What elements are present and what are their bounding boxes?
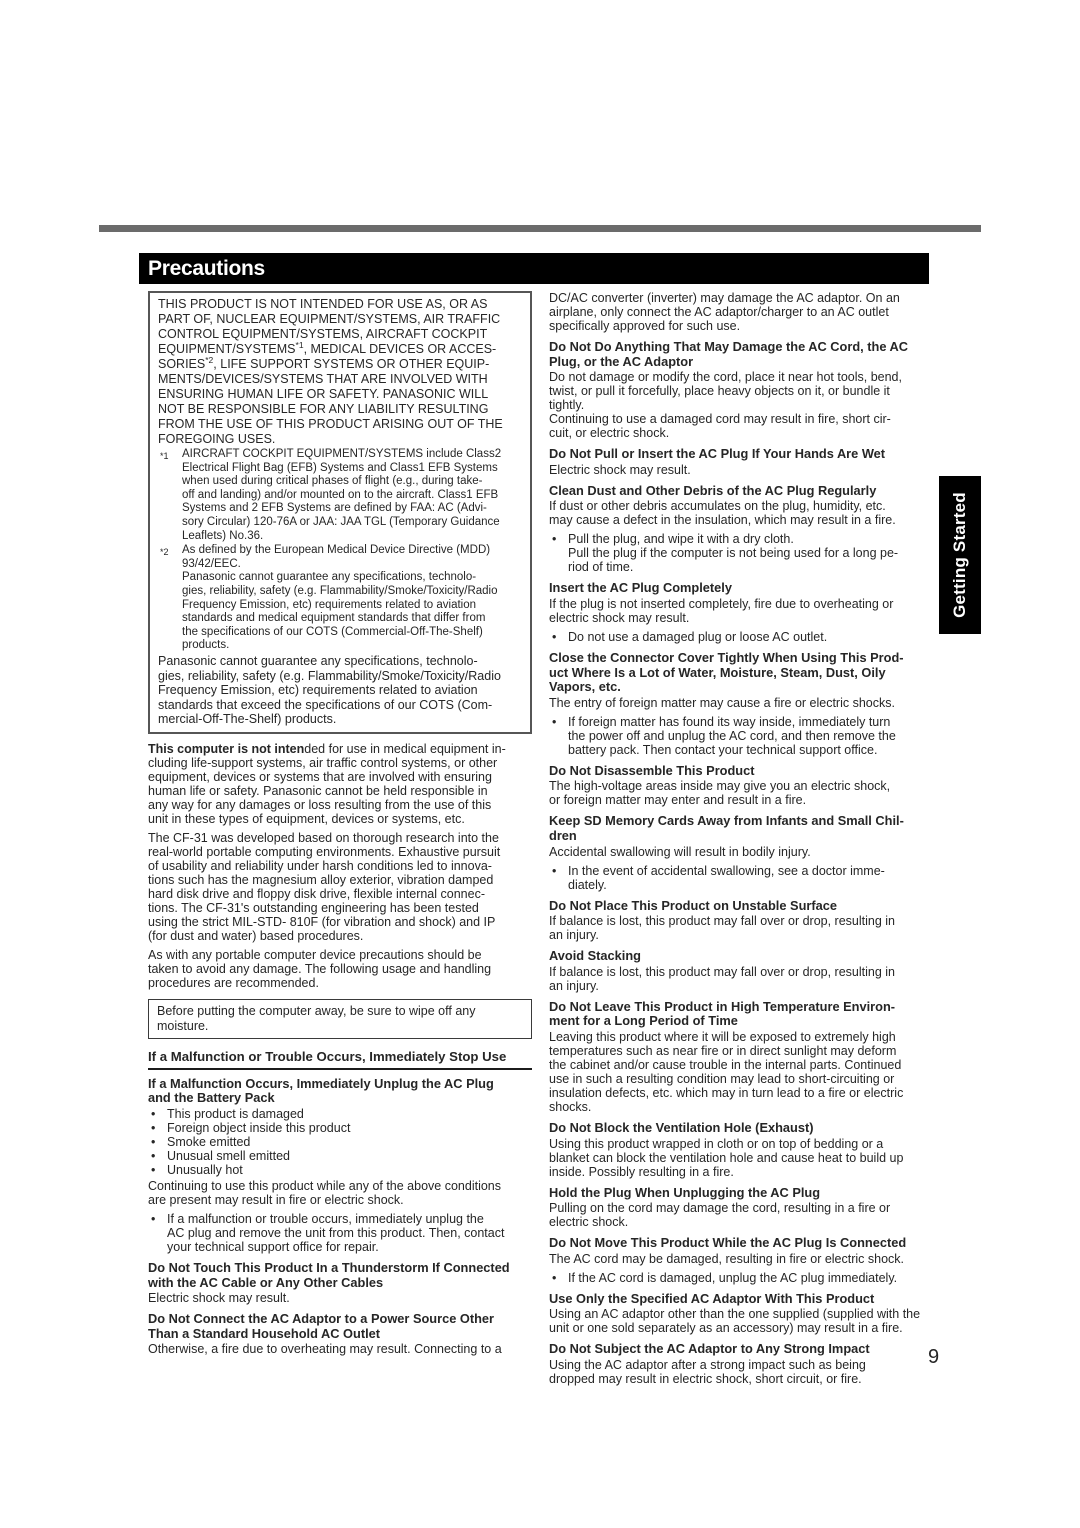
paragraph: If dust or other debris accumulates on t… [549, 499, 932, 527]
page-number: 9 [928, 1346, 939, 1369]
bullet-item: •Foreign object inside this product [148, 1121, 532, 1135]
bullet-item: •Unusually hot [148, 1163, 532, 1177]
topic-heading: Keep SD Memory Cards Away from Infants a… [549, 814, 932, 843]
section-title: If a Malfunction or Trouble Occurs, Imme… [148, 1049, 532, 1070]
bullet-text: This product is damaged [167, 1107, 304, 1121]
bullet-list: •In the event of accidental swallowing, … [549, 864, 932, 892]
paragraph: Using this product wrapped in cloth or o… [549, 1137, 932, 1179]
bullet-list: •Pull the plug, and wipe it with a dry c… [549, 532, 932, 574]
topic-heading: If a Malfunction Occurs, Immediately Unp… [148, 1077, 532, 1106]
text-segment: , LIFE SUPPORT SYSTEMS OR OTHER EQUIP- M… [158, 357, 503, 446]
getting-started-tab-label: Getting Started [950, 492, 970, 618]
paragraph: Do not damage or modify the cord, place … [549, 370, 932, 440]
paragraph: This computer is not intended for use in… [148, 742, 532, 826]
bullet-item: •Unusual smell emitted [148, 1149, 532, 1163]
paragraph: The CF-31 was developed based on thoroug… [148, 831, 532, 943]
topic-heading: Insert the AC Plug Completely [549, 581, 932, 596]
paragraph: Accidental swallowing will result in bod… [549, 845, 932, 859]
bullet-list: •If a malfunction or trouble occurs, imm… [148, 1212, 532, 1254]
bullet-marker-icon: • [148, 1135, 167, 1149]
paragraph: Using the AC adaptor after a strong impa… [549, 1358, 932, 1386]
paragraph: DC/AC converter (inverter) may damage th… [549, 291, 932, 333]
bullet-marker-icon: • [148, 1107, 167, 1121]
bullet-marker-icon: • [549, 864, 568, 892]
paragraph: Electric shock may result. [148, 1291, 532, 1305]
bullet-marker-icon: • [148, 1121, 167, 1135]
notice-box-main: THIS PRODUCT IS NOT INTENDED FOR USE AS,… [158, 297, 524, 447]
paragraph: Pulling on the cord may damage the cord,… [549, 1201, 932, 1229]
topic-heading: Do Not Leave This Product in High Temper… [549, 1000, 932, 1029]
bullet-item: •Smoke emitted [148, 1135, 532, 1149]
paragraph: If the plug is not inserted completely, … [549, 597, 932, 625]
superscript-marker: *1 [296, 340, 304, 350]
footnote-text: AIRCRAFT COCKPIT EQUIPMENT/SYSTEMS inclu… [182, 448, 501, 543]
notice-box-addendum: Panasonic cannot guarantee any specifica… [158, 654, 524, 727]
bullet-text: Unusually hot [167, 1163, 243, 1177]
topic-heading: Do Not Connect the AC Adaptor to a Power… [148, 1312, 532, 1341]
paragraph: Using an AC adaptor other than the one s… [549, 1307, 932, 1335]
text-segment: This computer is not inten [148, 742, 304, 756]
bullet-marker-icon: • [549, 1271, 568, 1285]
bullet-list: •If the AC cord is damaged, unplug the A… [549, 1271, 932, 1285]
caution-box: Before putting the computer away, be sur… [148, 999, 532, 1039]
topic-heading: Avoid Stacking [549, 949, 932, 964]
paragraph: As with any portable computer device pre… [148, 948, 532, 990]
bullet-item: •If foreign matter has found its way ins… [549, 715, 932, 757]
footnote-text: As defined by the European Medical Devic… [182, 544, 498, 653]
bullet-list: •If foreign matter has found its way ins… [549, 715, 932, 757]
bullet-list: •This product is damaged•Foreign object … [148, 1107, 532, 1177]
paragraph: Leaving this product where it will be ex… [549, 1030, 932, 1114]
divider-rule [99, 225, 981, 232]
bullet-item: •Do not use a damaged plug or loose AC o… [549, 630, 932, 644]
paragraph: If balance is lost, this product may fal… [549, 965, 932, 993]
bullet-text: If a malfunction or trouble occurs, imme… [167, 1212, 504, 1254]
section-header-bar: Precautions [139, 253, 929, 284]
bullet-marker-icon: • [148, 1212, 167, 1254]
document-page: Precautions THIS PRODUCT IS NOT INTENDED… [0, 0, 1080, 1528]
footnote-marker: *2 [158, 544, 182, 653]
paragraph: The entry of foreign matter may cause a … [549, 696, 932, 710]
paragraph: If balance is lost, this product may fal… [549, 914, 932, 942]
bullet-text: If foreign matter has found its way insi… [568, 715, 896, 757]
bullet-marker-icon: • [549, 715, 568, 757]
bullet-text: Smoke emitted [167, 1135, 250, 1149]
bullet-text: Pull the plug, and wipe it with a dry cl… [568, 532, 898, 574]
topic-heading: Clean Dust and Other Debris of the AC Pl… [549, 484, 932, 499]
topic-heading: Do Not Pull or Insert the AC Plug If You… [549, 447, 932, 462]
bullet-marker-icon: • [148, 1163, 167, 1177]
topic-heading: Hold the Plug When Unplugging the AC Plu… [549, 1186, 932, 1201]
bullet-item: •If a malfunction or trouble occurs, imm… [148, 1212, 532, 1254]
paragraph: The high-voltage areas inside may give y… [549, 779, 932, 807]
bullet-text: If the AC cord is damaged, unplug the AC… [568, 1271, 897, 1285]
bullet-text: Unusual smell emitted [167, 1149, 290, 1163]
paragraph: Continuing to use this product while any… [148, 1179, 532, 1207]
getting-started-tab: Getting Started [939, 476, 981, 634]
right-column: DC/AC converter (inverter) may damage th… [549, 291, 932, 1391]
topic-heading: Use Only the Specified AC Adaptor With T… [549, 1292, 932, 1307]
topic-heading: Do Not Touch This Product In a Thunderst… [148, 1261, 532, 1290]
bullet-text: Foreign object inside this product [167, 1121, 350, 1135]
bullet-text: Do not use a damaged plug or loose AC ou… [568, 630, 827, 644]
bullet-marker-icon: • [549, 630, 568, 644]
topic-heading: Do Not Disassemble This Product [549, 764, 932, 779]
bullet-list: •Do not use a damaged plug or loose AC o… [549, 630, 932, 644]
topic-heading: Do Not Block the Ventilation Hole (Exhau… [549, 1121, 932, 1136]
footnote: *2As defined by the European Medical Dev… [158, 544, 524, 653]
paragraph: The AC cord may be damaged, resulting in… [549, 1252, 932, 1266]
topic-heading: Do Not Do Anything That May Damage the A… [549, 340, 932, 369]
paragraph: Electric shock may result. [549, 463, 932, 477]
bullet-marker-icon: • [549, 532, 568, 574]
footnote: *1AIRCRAFT COCKPIT EQUIPMENT/SYSTEMS inc… [158, 448, 524, 543]
bullet-item: •Pull the plug, and wipe it with a dry c… [549, 532, 932, 574]
bullet-text: In the event of accidental swallowing, s… [568, 864, 885, 892]
bullet-marker-icon: • [148, 1149, 167, 1163]
paragraph: Otherwise, a fire due to overheating may… [148, 1342, 532, 1356]
bullet-item: •In the event of accidental swallowing, … [549, 864, 932, 892]
notice-box: THIS PRODUCT IS NOT INTENDED FOR USE AS,… [148, 291, 532, 734]
bullet-item: •This product is damaged [148, 1107, 532, 1121]
topic-heading: Do Not Move This Product While the AC Pl… [549, 1236, 932, 1251]
left-column: THIS PRODUCT IS NOT INTENDED FOR USE AS,… [148, 291, 532, 1361]
topic-heading: Do Not Subject the AC Adaptor to Any Str… [549, 1342, 932, 1357]
bullet-item: •If the AC cord is damaged, unplug the A… [549, 1271, 932, 1285]
footnote-marker: *1 [158, 448, 182, 543]
page-title: Precautions [139, 257, 265, 281]
topic-heading: Do Not Place This Product on Unstable Su… [549, 899, 932, 914]
topic-heading: Close the Connector Cover Tightly When U… [549, 651, 932, 695]
